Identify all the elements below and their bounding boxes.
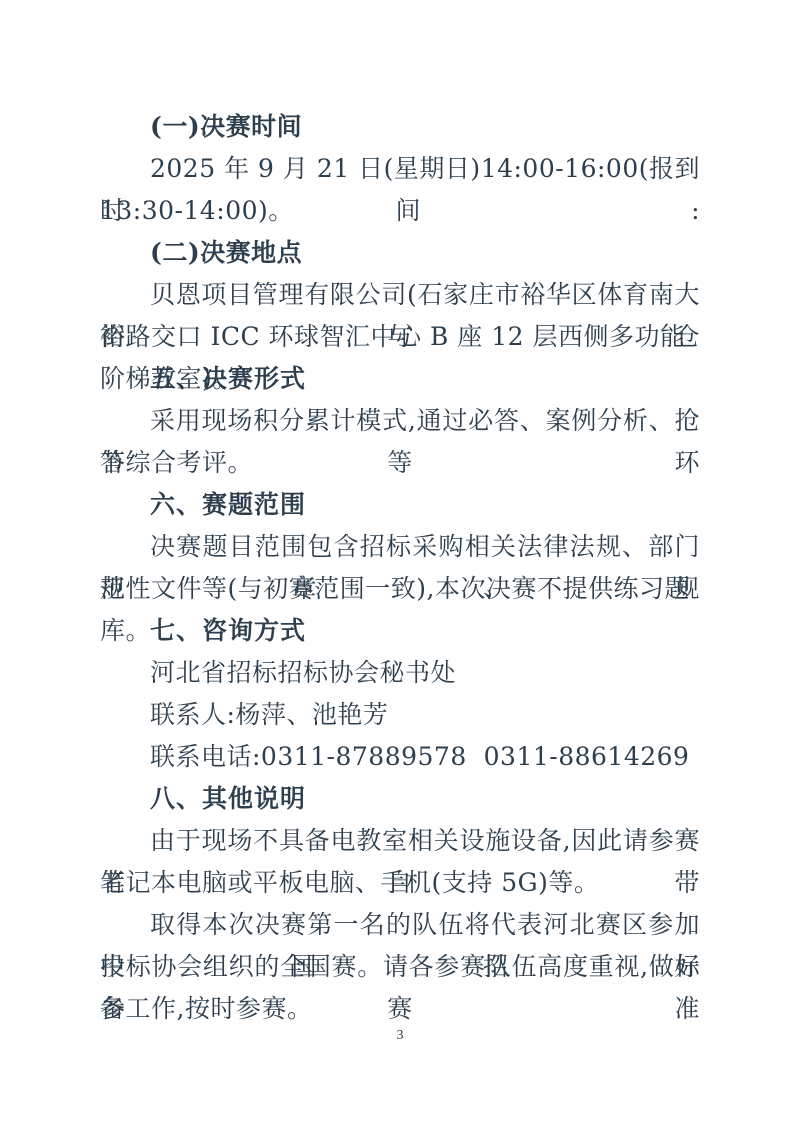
contact-persons: 联系人:杨萍、池艳芳 <box>100 694 700 736</box>
section-8-line-3: 取得本次决赛第一名的队伍将代表河北赛区参加中国招标 <box>100 904 700 946</box>
contact-phones: 联系电话:0311-87889578 0311-88614269 <box>100 736 700 778</box>
document-body: (一)决赛时间 2025 年 9 月 21 日(星期日)14:00-16:00(… <box>100 106 700 1030</box>
section-6-line-1: 决赛题目范围包含招标采购相关法律法规、部门规章、规 <box>100 526 700 568</box>
section-6-line-2: 范性文件等(与初赛范围一致),本次决赛不提供练习题库。 <box>100 568 700 610</box>
section-8-line-4: 投标协会组织的全国赛。请各参赛队伍高度重视,做好参赛准 <box>100 946 700 988</box>
heading-section-5: 五、决赛形式 <box>100 358 700 400</box>
final-time-line-1: 2025 年 9 月 21 日(星期日)14:00-16:00(报到时间: <box>100 148 700 190</box>
heading-final-time: (一)决赛时间 <box>100 106 700 148</box>
final-place-line-1: 贝恩项目管理有限公司(石家庄市裕华区体育南大街与仓 <box>100 274 700 316</box>
heading-section-8: 八、其他说明 <box>100 778 700 820</box>
page-number: 3 <box>0 1028 800 1044</box>
section-8-line-1: 由于现场不具备电教室相关设施设备,因此请参赛者自带 <box>100 820 700 862</box>
heading-final-place: (二)决赛地点 <box>100 232 700 274</box>
document-page: (一)决赛时间 2025 年 9 月 21 日(星期日)14:00-16:00(… <box>0 0 800 1132</box>
section-5-line-1: 采用现场积分累计模式,通过必答、案例分析、抢答等环 <box>100 400 700 442</box>
contact-organization: 河北省招标招标协会秘书处 <box>100 652 700 694</box>
heading-section-6: 六、赛题范围 <box>100 484 700 526</box>
final-place-line-2: 裕路交口 ICC 环球智汇中心 B 座 12 层西侧多功能阶梯教室)。 <box>100 316 700 358</box>
heading-section-7: 七、咨询方式 <box>100 610 700 652</box>
